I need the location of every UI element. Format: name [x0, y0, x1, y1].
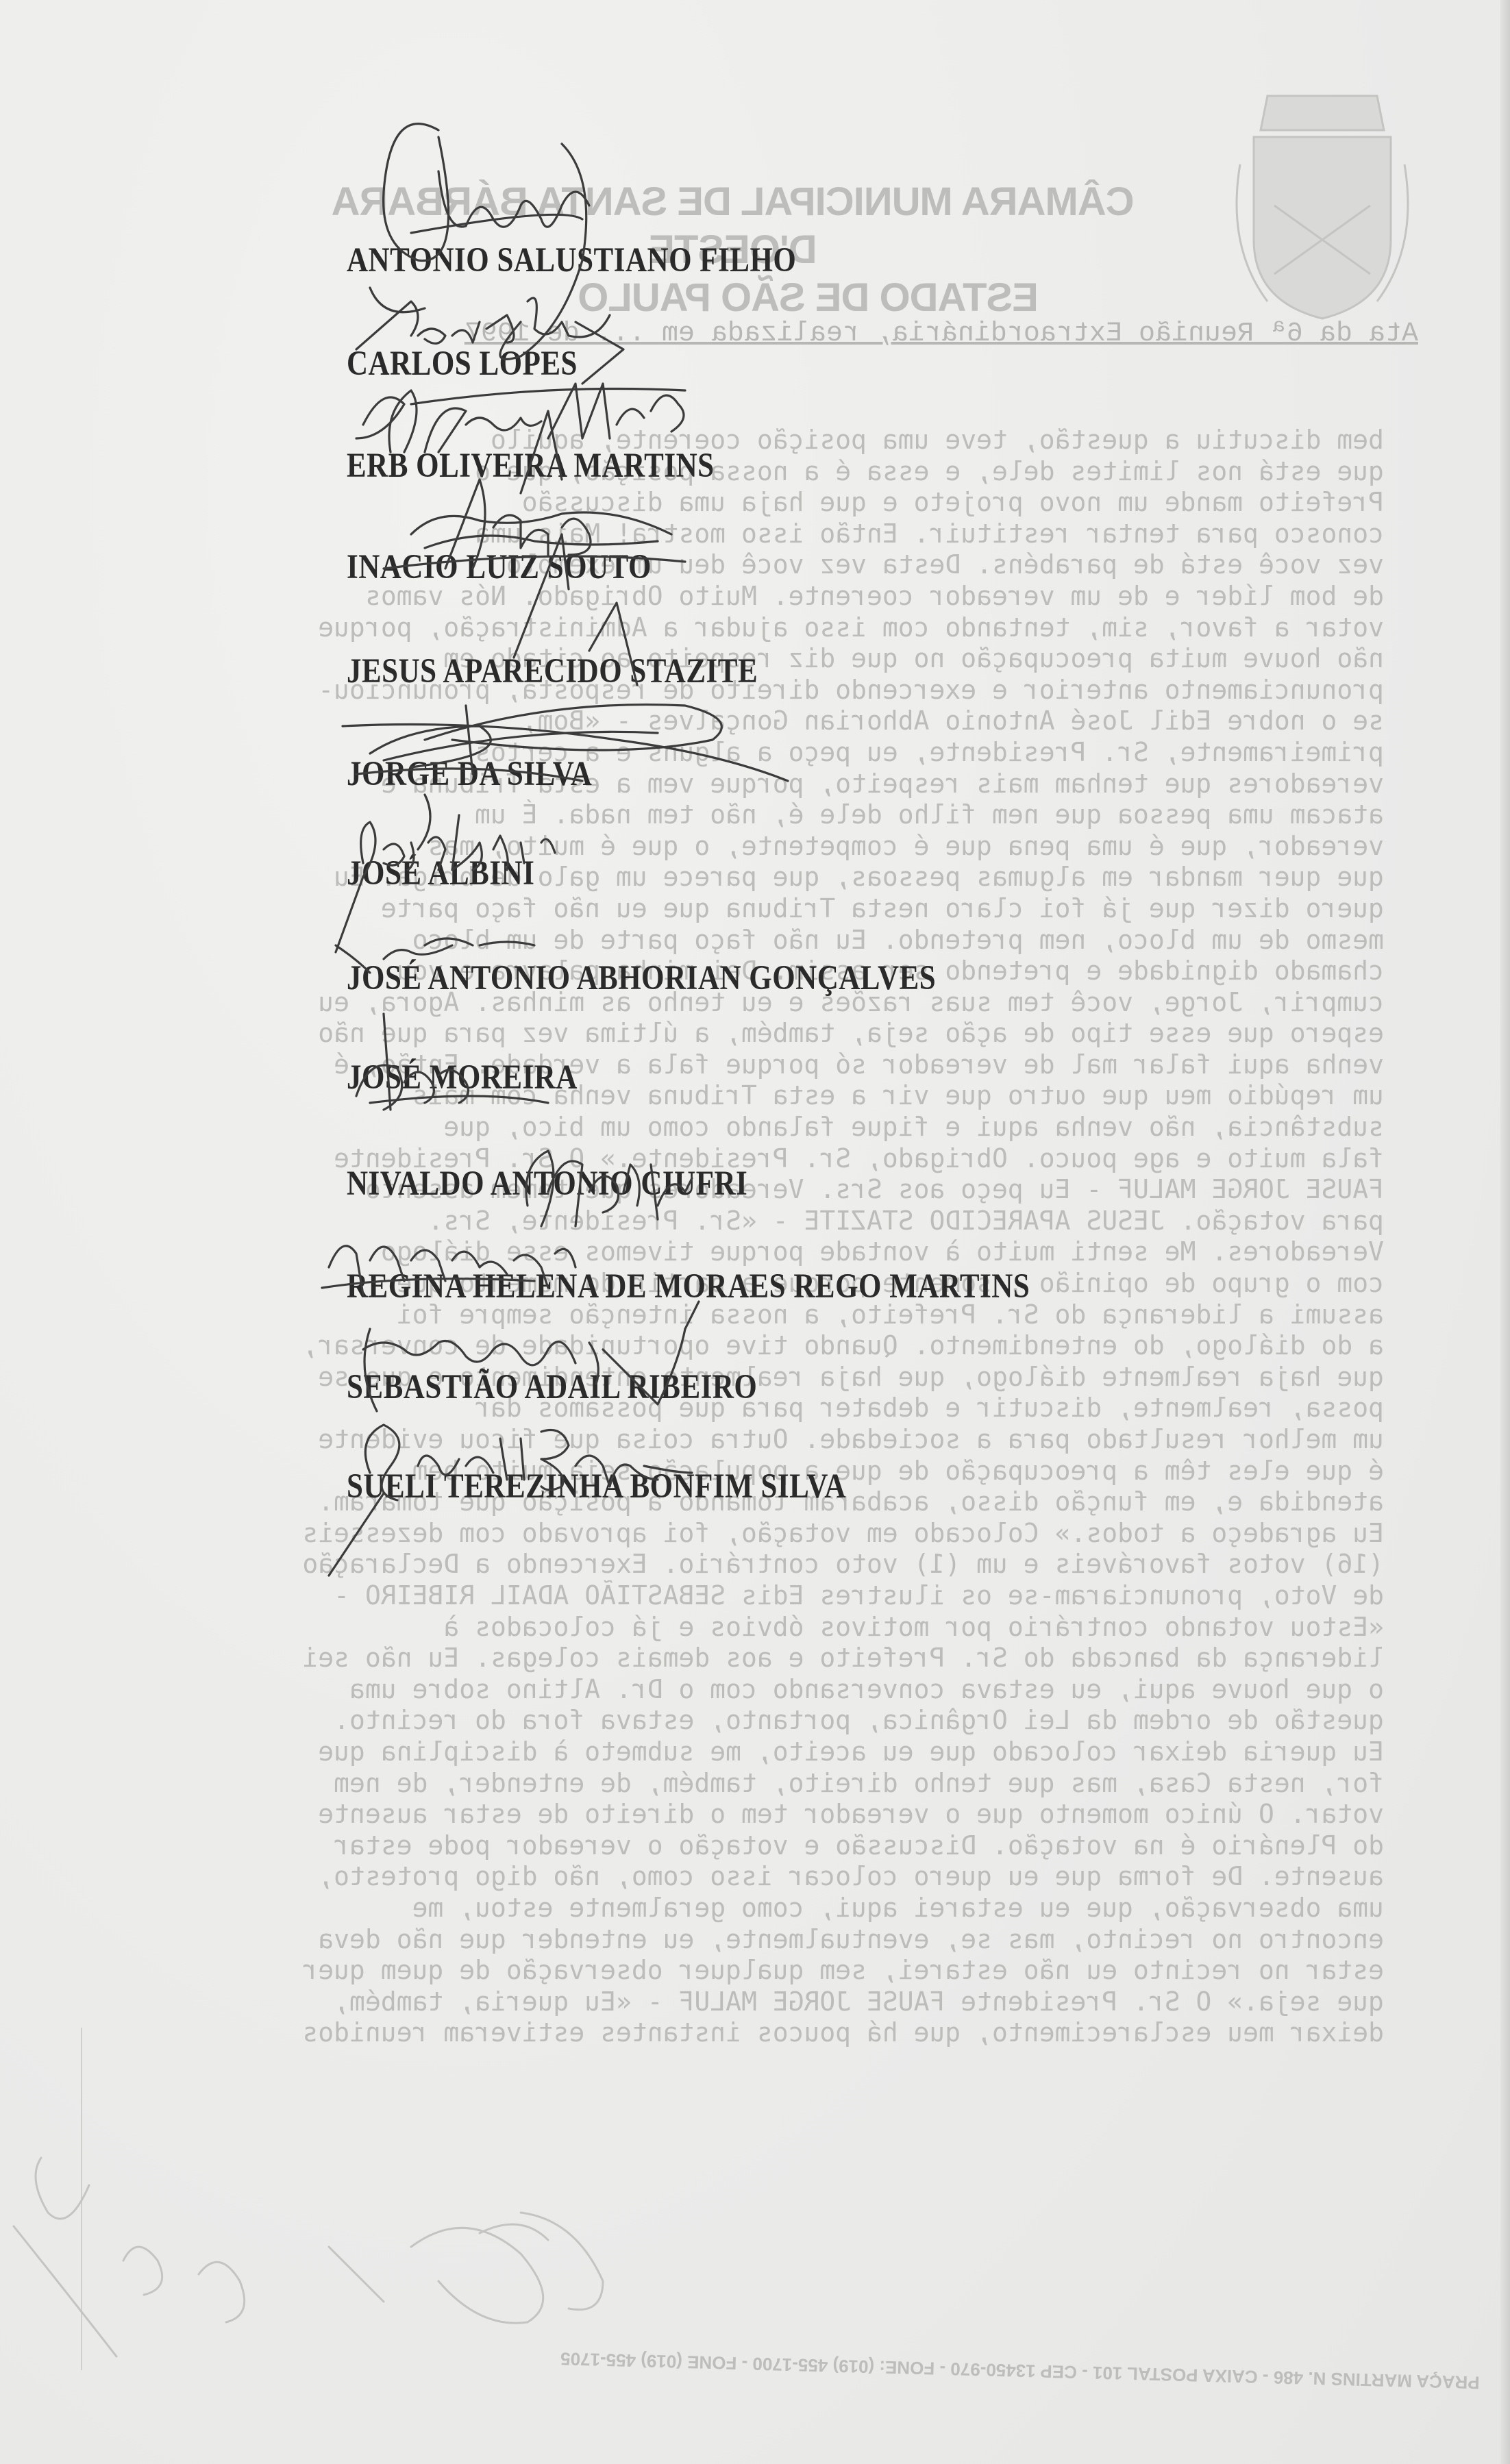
- signatory-name: JOSÉ ANTONIO ABHORIAN GONÇALVES: [347, 958, 936, 998]
- signatory-name: CARLOS LOPES: [347, 344, 578, 384]
- signatory-name: JOSÉ MOREIRA: [347, 1058, 578, 1097]
- signatory-name: SEBASTIÃO ADAIL RIBEIRO: [347, 1367, 757, 1407]
- signatory-name: JOSÉ ALBINI: [347, 854, 534, 893]
- signatory-name: SUELI TEREZINHA BONFIM SILVA: [347, 1467, 846, 1506]
- signatory-name: NIVALDO ANTONIO CIUFRI: [347, 1164, 747, 1204]
- signatory-name: JORGE DA SILVA: [347, 754, 592, 794]
- signatory-name: ERB OLIVEIRA MARTINS: [347, 446, 715, 486]
- signatory-name: INACIO LUIZ SOUTO: [347, 547, 652, 587]
- signatory-list: ANTONIO SALUSTIANO FILHO CARLOS LOPES ER…: [0, 0, 1510, 2464]
- signatory-name: ANTONIO SALUSTIANO FILHO: [347, 240, 796, 280]
- signatory-name: JESUS APARECIDO STAZITE: [347, 651, 758, 691]
- signatory-name: REGINA HELENA DE MORAES REGO MARTINS: [347, 1267, 1030, 1306]
